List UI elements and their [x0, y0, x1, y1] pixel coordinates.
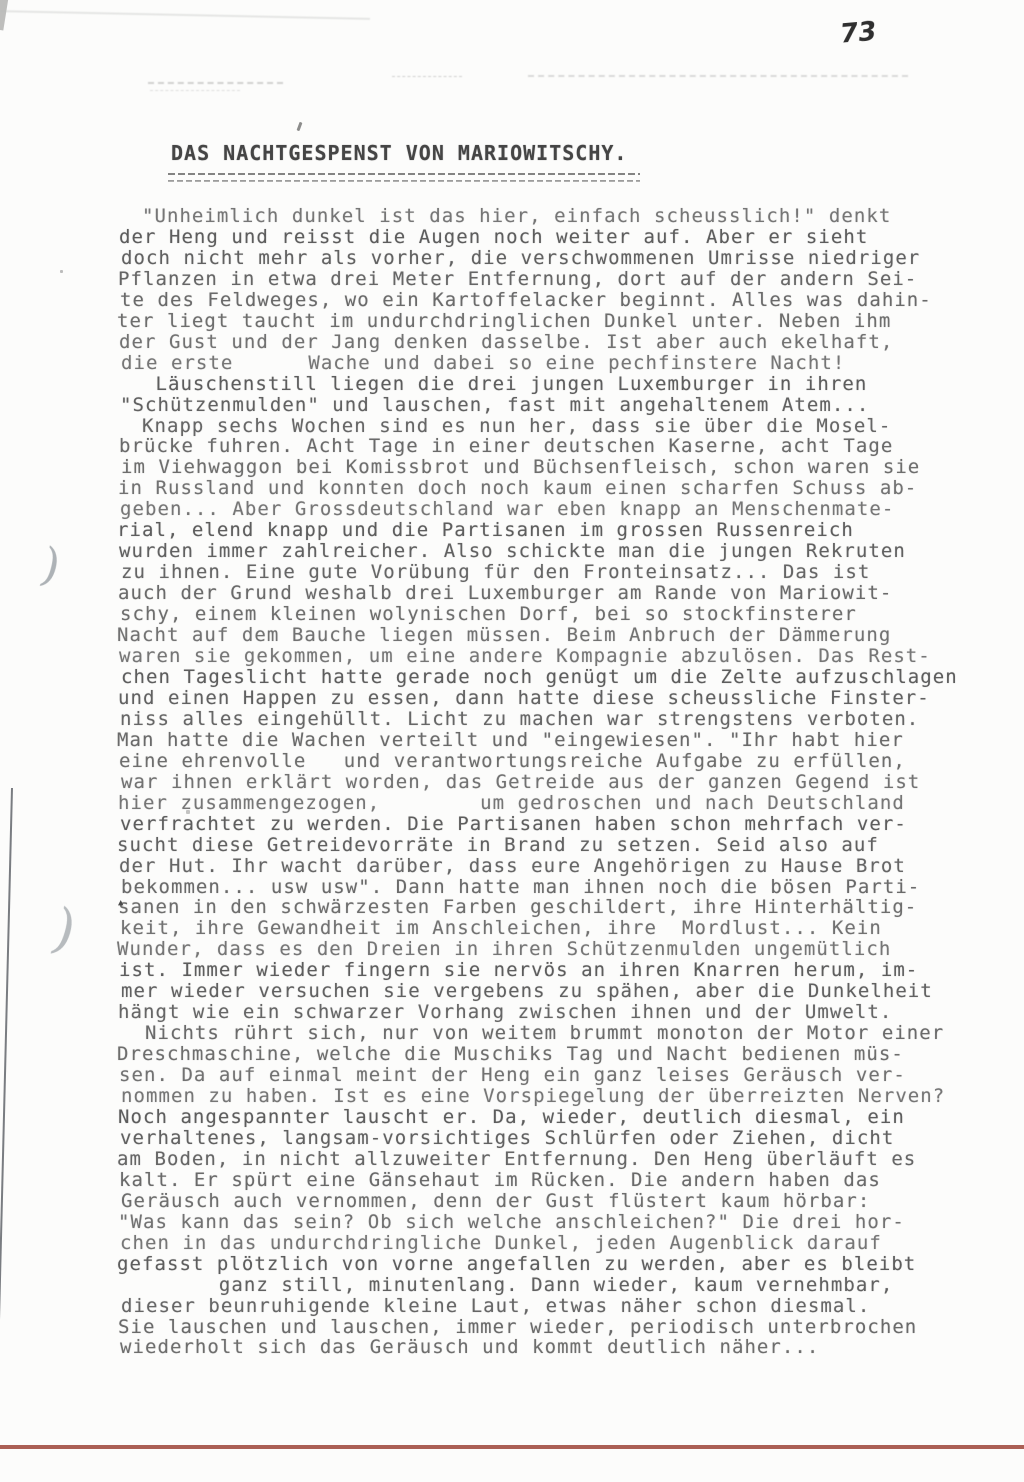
text-line: sen. Da auf einmal meint der Heng ein ga… — [119, 1065, 979, 1086]
scan-corner-artifact — [0, 0, 9, 30]
text-line: te des Feldweges, wo ein Kartoffelacker … — [120, 290, 979, 311]
text-line: ter liegt taucht im undurchdringlichen D… — [117, 311, 979, 332]
ink-speck — [60, 270, 63, 273]
text-line: sucht diese Getreidevorräte in Brand zu … — [117, 835, 979, 856]
text-line: bekommen... usw usw". Dann hatte man ihn… — [121, 877, 979, 898]
text-line: Nichts rührt sich, nur von weitem brummt… — [120, 1023, 979, 1044]
body-text: "Unheimlich dunkel ist das hier, einfach… — [119, 206, 979, 1358]
text-line: Wunder, dass es den Dreien in ihren Schü… — [117, 939, 979, 960]
text-line: verhaltenes, langsam-vorsichtiges Schlür… — [120, 1128, 979, 1149]
pen-mark: ) — [36, 537, 66, 594]
ink-speck: ▲ — [118, 898, 123, 908]
text-line: chen in das undurchdringliche Dunkel, je… — [120, 1233, 979, 1254]
scan-edge-line — [0, 788, 13, 1482]
text-line: brücke fuhren. Acht Tage in einer deutsc… — [119, 436, 979, 457]
text-line: ist. Immer wieder fingern sie nervös an … — [119, 960, 979, 981]
text-line: der Hut. Ihr wacht darüber, dass eure An… — [119, 856, 979, 877]
text-line: "Schützenmulden" und lauschen, fast mit … — [120, 395, 979, 416]
ink-speck — [186, 810, 190, 814]
scan-red-line — [0, 1445, 1024, 1449]
text-line: wiederholt sich das Geräusch und kommt d… — [120, 1337, 979, 1358]
title-underline — [168, 172, 640, 185]
text-line: Knapp sechs Wochen sind es nun her, dass… — [117, 416, 979, 437]
text-line: Man hatte die Wachen verteilt und "einge… — [117, 730, 979, 751]
text-line: war ihnen erklärt worden, das Getreide a… — [121, 772, 979, 793]
text-line: Noch angespannter lauscht er. Da, wieder… — [118, 1107, 979, 1128]
scan-smudge — [148, 82, 283, 84]
text-line: Nacht auf dem Bauche liegen müssen. Beim… — [117, 625, 979, 646]
text-line: ganz still, minutenlang. Dann wieder, ka… — [119, 1275, 979, 1296]
ink-speck — [297, 122, 303, 131]
text-line: der Gust und der Jang denken dasselbe. I… — [119, 332, 979, 353]
text-line: wurden immer zahlreicher. Also schickte … — [119, 541, 979, 562]
document-title: DAS NACHTGESPENST VON MARIOWITSCHY. — [171, 141, 627, 165]
text-line: chen Tageslicht hatte gerade noch genügt… — [121, 667, 979, 688]
text-line: schy, einem kleinen wolynischen Dorf, be… — [120, 604, 979, 625]
text-line: Geräusch auch vernommen, denn der Gust f… — [121, 1191, 979, 1212]
text-line: nommen zu haben. Ist es eine Vorspiegelu… — [121, 1086, 979, 1107]
text-line: Läuschenstill liegen die drei jungen Lux… — [118, 374, 979, 395]
pen-mark: ) — [46, 896, 84, 962]
text-line: im Viehwaggon bei Komissbrot und Büchsen… — [121, 457, 979, 478]
text-line: rial, elend knapp und die Partisanen im … — [117, 520, 979, 541]
text-line: kalt. Er spürt eine Gänsehaut im Rücken.… — [119, 1170, 979, 1191]
scan-fold-line — [0, 10, 370, 20]
text-line: Pflanzen in etwa drei Meter Entfernung, … — [118, 269, 979, 290]
text-line: niss alles eingehüllt. Licht zu machen w… — [120, 709, 979, 730]
scan-smudge — [392, 76, 462, 77]
text-line: Dreschmaschine, welche die Muschiks Tag … — [117, 1044, 979, 1065]
text-line: der Heng und reisst die Augen noch weite… — [119, 227, 979, 248]
text-line: zu ihnen. Eine gute Vorübung für den Fro… — [121, 562, 979, 583]
text-line: geben... Aber Grossdeutschland war eben … — [120, 499, 979, 520]
text-line: sanen in den schwärzesten Farben geschil… — [118, 897, 979, 918]
text-line: eine ehrenvolle und verantwortungsreiche… — [119, 751, 979, 772]
text-line: dieser beunruhigende kleine Laut, etwas … — [121, 1296, 979, 1317]
text-line: "Unheimlich dunkel ist das hier, einfach… — [117, 206, 979, 227]
text-line: hängt wie ein schwarzer Vorhang zwischen… — [118, 1002, 979, 1023]
text-line: verfrachtet zu werden. Die Partisanen ha… — [120, 814, 979, 835]
text-line: die erste Wache und dabei so eine pechfi… — [121, 353, 979, 374]
scanned-page: 73 DAS NACHTGESPENST VON MARIOWITSCHY. "… — [0, 0, 1024, 1482]
scan-smudge — [528, 75, 908, 77]
text-line: waren sie gekommen, um eine andere Kompa… — [119, 646, 979, 667]
text-line: und einen Happen zu essen, dann hatte di… — [118, 688, 979, 709]
page-number: 73 — [839, 16, 878, 50]
text-line: hier zusammengezogen, um gedroschen und … — [118, 793, 979, 814]
text-line: "Was kann das sein? Ob sich welche ansch… — [118, 1212, 979, 1233]
text-line: gefasst plötzlich von vorne angefallen z… — [117, 1254, 979, 1275]
scan-smudge — [150, 90, 240, 91]
text-line: mer wieder versuchen sie vergebens zu sp… — [121, 981, 979, 1002]
text-line: am Boden, in nicht allzuweiter Entfernun… — [117, 1149, 979, 1170]
text-line: in Russland und konnten doch noch kaum e… — [118, 478, 979, 499]
text-line: doch nicht mehr als vorher, die verschwo… — [121, 248, 979, 269]
text-line: Sie lauschen und lauschen, immer wieder,… — [118, 1317, 979, 1338]
text-line: keit, ihre Gewandheit im Anschleichen, i… — [120, 918, 979, 939]
text-line: auch der Grund weshalb drei Luxemburger … — [118, 583, 979, 604]
